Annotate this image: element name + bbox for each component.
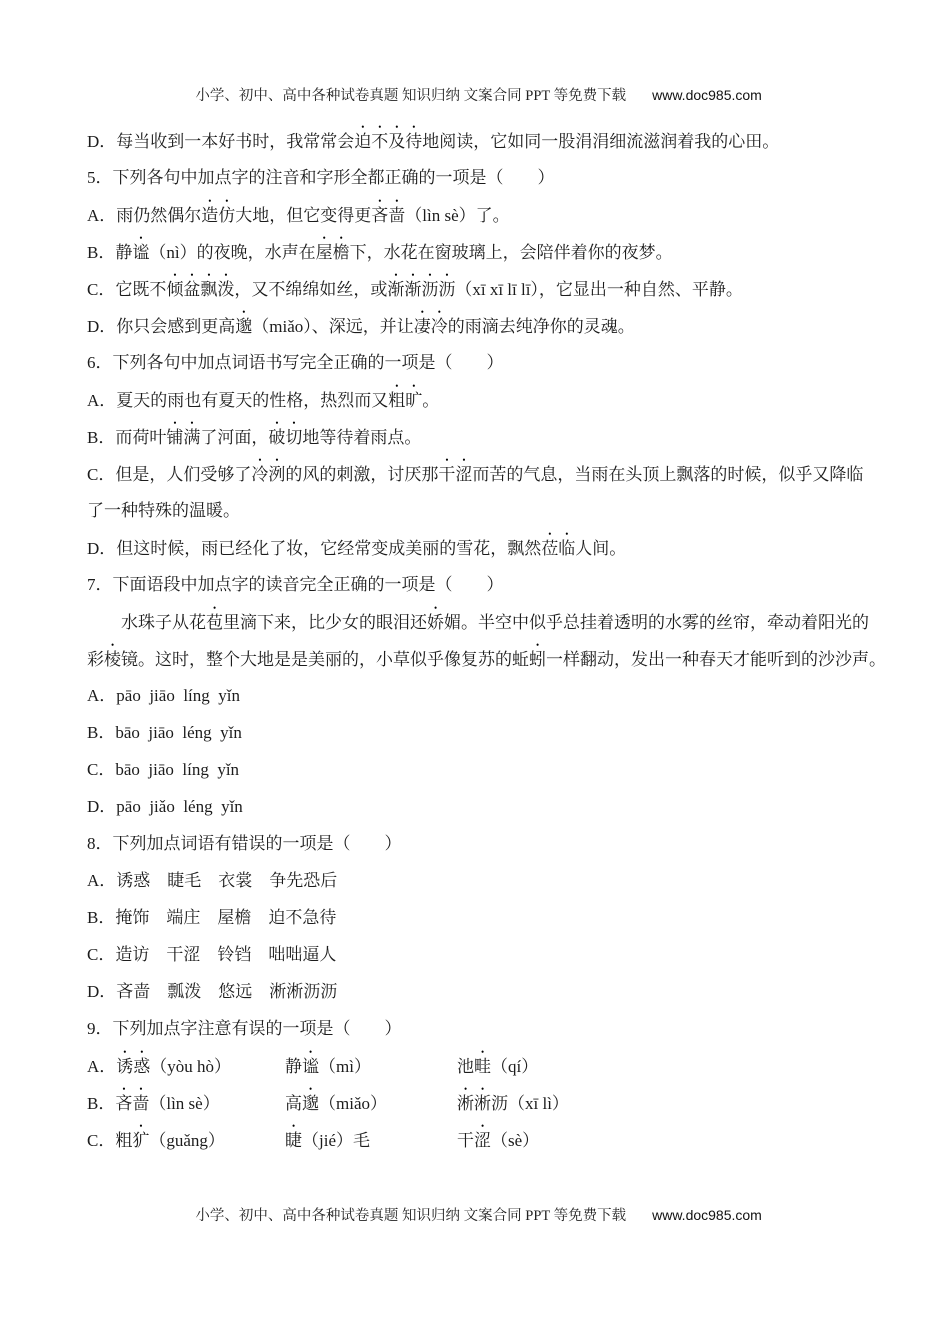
text-segment: A．诱惑 睫毛 衣裳 争先恐后	[87, 871, 337, 890]
option-line: B．而荷叶铺满了河面，破切地等待着雨点。	[87, 418, 887, 455]
emphasized-text: 谧	[302, 1057, 319, 1076]
option-line: A．诱惑（yòu hò）静谧（mì）池畦（qí）	[87, 1047, 887, 1084]
emphasized-text: 苞	[206, 613, 223, 632]
word-column: C．粗犷（guǎng）	[87, 1121, 285, 1159]
question-stem: 9．下列加点字注意有误的一项是（ ）	[87, 1010, 887, 1047]
text-segment: （qí）	[491, 1057, 538, 1076]
page-footer: 小学、初中、高中各种试卷真题 知识归纳 文案合同 PPT 等免费下载www.do…	[0, 1188, 950, 1225]
emphasized-text: 吝啬	[371, 206, 405, 225]
emphasized-text: 娇	[427, 613, 444, 632]
text-segment: 池	[457, 1057, 474, 1076]
question-stem: 5．下列各句中加点字的注音和字形全都正确的一项是（ ）	[87, 159, 887, 196]
text-segment: 了一种特殊的温暖。	[87, 501, 240, 520]
text-segment: 彩	[87, 650, 104, 669]
emphasized-text: 莅临	[541, 539, 575, 558]
emphasized-text: 凄冷	[414, 317, 448, 336]
text-segment: （lìn sè）	[149, 1094, 219, 1113]
option-line: C．bāo jiāo líng yǐn	[87, 751, 887, 788]
text-segment: D．但这时候，雨已经化了妆，它经常变成美丽的雪花，飘然	[87, 539, 541, 558]
emphasized-text: 淅淅	[457, 1094, 491, 1113]
text-segment: 干	[457, 1131, 474, 1150]
text-segment: A．雨仍然偶尔	[87, 206, 201, 225]
emphasized-text: 睫	[285, 1131, 302, 1150]
text-segment: C．但是，人们受够了	[87, 465, 251, 484]
word-column: 池畦（qí）	[457, 1047, 538, 1085]
text-segment: （jié）毛	[302, 1131, 370, 1150]
word-column: 高邈（miǎo）	[285, 1084, 457, 1122]
emphasized-text: 蚓	[529, 650, 546, 669]
text-segment: 了河面，	[200, 428, 268, 447]
emphasized-text: 邈	[235, 317, 252, 336]
text-segment: 地阅读，它如同一股涓涓细流滋润着我的心田。	[422, 132, 779, 151]
text-segment: （guǎng）	[149, 1131, 225, 1150]
emphasized-text: 畦	[474, 1057, 491, 1076]
text-segment: B．	[87, 1094, 115, 1113]
option-line: B．掩饰 端庄 屋檐 迫不急待	[87, 899, 887, 936]
text-segment: 里滴下来，比少女的眼泪还	[223, 613, 427, 632]
text-segment: 下，水花在窗玻璃上，会陪伴着你的夜梦。	[350, 243, 673, 262]
text-segment: 。	[422, 391, 439, 410]
text-segment: 人间。	[575, 539, 626, 558]
emphasized-text: 粗旷	[388, 391, 422, 410]
word-column: 睫（jié）毛	[285, 1121, 457, 1159]
text-segment: 7．下面语段中加点字的读音完全正确的一项是（ ）	[87, 575, 504, 594]
text-segment: 5．下列各句中加点字的注音和字形全都正确的一项是（ ）	[87, 168, 555, 187]
text-segment: 媚。半空中似乎总挂着透明的水雾的丝帘，牵动着阳光的	[444, 613, 869, 632]
option-line: D．每当收到一本好书时，我常常会迫不及待地阅读，它如同一股涓涓细流滋润着我的心田…	[87, 122, 887, 159]
text-segment: A．夏天的雨也有夏天的性格，热烈而又	[87, 391, 388, 410]
text-segment: （xī xī lī lī），它显出一种自然、平静。	[455, 280, 743, 299]
question-stem: 7．下面语段中加点字的读音完全正确的一项是（ ）	[87, 566, 887, 603]
text-segment: B．而荷叶	[87, 428, 166, 447]
text-segment: C．它既不	[87, 280, 166, 299]
text-segment: （sè）	[491, 1131, 539, 1150]
text-segment: C．造访 干涩 铃铛 咄咄逼人	[87, 945, 336, 964]
option-line: D．但这时候，雨已经化了妆，它经常变成美丽的雪花，飘然莅临人间。	[87, 529, 887, 566]
question-stem: 6．下列各句中加点词语书写完全正确的一项是（ ）	[87, 344, 887, 381]
text-segment: A．pāo jiāo líng yǐn	[87, 686, 240, 705]
emphasized-text: 破切	[268, 428, 302, 447]
emphasized-text: 谧	[132, 243, 149, 262]
text-segment: 9．下列加点字注意有误的一项是（ ）	[87, 1019, 402, 1038]
text-segment: 6．下列各句中加点词语书写完全正确的一项是（ ）	[87, 353, 504, 372]
option-line: A．诱惑 睫毛 衣裳 争先恐后	[87, 862, 887, 899]
option-line: D．你只会感到更高邈（miǎo）、深远，并让凄冷的雨滴去纯净你的灵魂。	[87, 307, 887, 344]
emphasized-text: 冷洌	[251, 465, 285, 484]
emphasized-text: 迫不及待	[354, 132, 422, 151]
text-segment: 8．下列加点词语有错误的一项是（ ）	[87, 834, 402, 853]
text-segment: 的风的刺激，讨厌那	[285, 465, 438, 484]
text-segment: A．	[87, 1057, 116, 1076]
option-line: B．bāo jiāo léng yǐn	[87, 714, 887, 751]
emphasized-text: 渐渐沥沥	[387, 280, 455, 299]
text-segment: B．bāo jiāo léng yǐn	[87, 723, 242, 742]
text-segment: （yòu hò）	[150, 1057, 231, 1076]
emphasized-text: 屋檐	[316, 243, 350, 262]
footer-slogan: 小学、初中、高中各种试卷真题 知识归纳 文案合同 PPT 等免费下载	[195, 1208, 626, 1224]
text-segment: D．你只会感到更高	[87, 317, 235, 336]
word-column: 淅淅沥（xī lì）	[457, 1084, 569, 1122]
option-line: A．pāo jiāo líng yǐn	[87, 677, 887, 714]
word-column: 静谧（mì）	[285, 1047, 457, 1085]
emphasized-text: 犷	[132, 1131, 149, 1150]
word-column: A．诱惑（yòu hò）	[87, 1047, 285, 1085]
option-line: D．吝啬 瓢泼 悠远 淅淅沥沥	[87, 973, 887, 1010]
text-segment: 的雨滴去纯净你的灵魂。	[448, 317, 635, 336]
emphasized-text: 造仿	[201, 206, 235, 225]
exam-body: D．每当收到一本好书时，我常常会迫不及待地阅读，它如同一股涓涓细流滋润着我的心田…	[87, 122, 887, 1158]
header-site-url: www.doc985.com	[652, 87, 762, 103]
text-segment: D．吝啬 瓢泼 悠远 淅淅沥沥	[87, 982, 337, 1001]
emphasized-text: 棱	[104, 650, 121, 669]
option-line: B．吝啬（lìn sè）高邈（miǎo）淅淅沥（xī lì）	[87, 1084, 887, 1121]
text-segment: （miǎo）	[319, 1094, 387, 1113]
emphasized-text: 铺满	[166, 428, 200, 447]
emphasized-text: 干涩	[438, 465, 472, 484]
option-line: A．夏天的雨也有夏天的性格，热烈而又粗旷。	[87, 381, 887, 418]
text-segment: 高	[285, 1094, 302, 1113]
text-segment: 大地，但它变得更	[235, 206, 371, 225]
text-segment: 水珠子从花	[87, 613, 206, 632]
text-segment: 镜。这时，整个大地是是美丽的，小草似乎像复苏的蚯	[121, 650, 529, 669]
question-stem: 8．下列加点词语有错误的一项是（ ）	[87, 825, 887, 862]
paragraph-line: 彩棱镜。这时，整个大地是是美丽的，小草似乎像复苏的蚯蚓一样翻动，发出一种春天才能…	[87, 640, 887, 677]
text-segment: 而苦的气息，当雨在头顶上飘落的时候，似乎又降临	[472, 465, 863, 484]
option-line: B．静谧（nì）的夜晚，水声在屋檐下，水花在窗玻璃上，会陪伴着你的夜梦。	[87, 233, 887, 270]
word-column: B．吝啬（lìn sè）	[87, 1084, 285, 1122]
text-segment: （miǎo）、深远，并让	[252, 317, 414, 336]
text-segment: （nì）的夜晚，水声在	[149, 243, 315, 262]
emphasized-text: 涩	[474, 1131, 491, 1150]
footer-site-url: www.doc985.com	[652, 1207, 762, 1223]
option-line: C．但是，人们受够了冷洌的风的刺激，讨厌那干涩而苦的气息，当雨在头顶上飘落的时候…	[87, 455, 887, 492]
text-segment: 沥（xī lì）	[491, 1094, 569, 1113]
option-wrap-line: 了一种特殊的温暖。	[87, 492, 887, 529]
emphasized-text: 吝啬	[115, 1094, 149, 1113]
text-segment: （lìn sè）了。	[405, 206, 509, 225]
text-segment: 静	[285, 1057, 302, 1076]
text-segment: 地等待着雨点。	[302, 428, 421, 447]
paragraph-line: 水珠子从花苞里滴下来，比少女的眼泪还娇媚。半空中似乎总挂着透明的水雾的丝帘，牵动…	[87, 603, 887, 640]
text-segment: B．静	[87, 243, 132, 262]
text-segment: C．粗	[87, 1131, 132, 1150]
option-line: D．pāo jiǎo léng yǐn	[87, 788, 887, 825]
word-column: 干涩（sè）	[457, 1121, 539, 1159]
text-segment: C．bāo jiāo líng yǐn	[87, 760, 239, 779]
text-segment: D．pāo jiǎo léng yǐn	[87, 797, 243, 816]
text-segment: B．掩饰 端庄 屋檐 迫不急待	[87, 908, 336, 927]
option-line: C．造访 干涩 铃铛 咄咄逼人	[87, 936, 887, 973]
emphasized-text: 诱惑	[116, 1057, 150, 1076]
text-segment: D．每当收到一本好书时，我常常会	[87, 132, 354, 151]
emphasized-text: 倾盆飘泼	[166, 280, 234, 299]
page-header: 小学、初中、高中各种试卷真题 知识归纳 文案合同 PPT 等免费下载www.do…	[0, 68, 950, 105]
header-slogan: 小学、初中、高中各种试卷真题 知识归纳 文案合同 PPT 等免费下载	[195, 88, 626, 104]
text-segment: （mì）	[319, 1057, 371, 1076]
option-line: A．雨仍然偶尔造仿大地，但它变得更吝啬（lìn sè）了。	[87, 196, 887, 233]
option-line: C．粗犷（guǎng）睫（jié）毛干涩（sè）	[87, 1121, 887, 1158]
option-line: C．它既不倾盆飘泼，又不绵绵如丝，或渐渐沥沥（xī xī lī lī），它显出一…	[87, 270, 887, 307]
emphasized-text: 邈	[302, 1094, 319, 1113]
text-segment: ，又不绵绵如丝，或	[234, 280, 387, 299]
text-segment: 一样翻动，发出一种春天才能听到的沙沙声。	[546, 650, 886, 669]
